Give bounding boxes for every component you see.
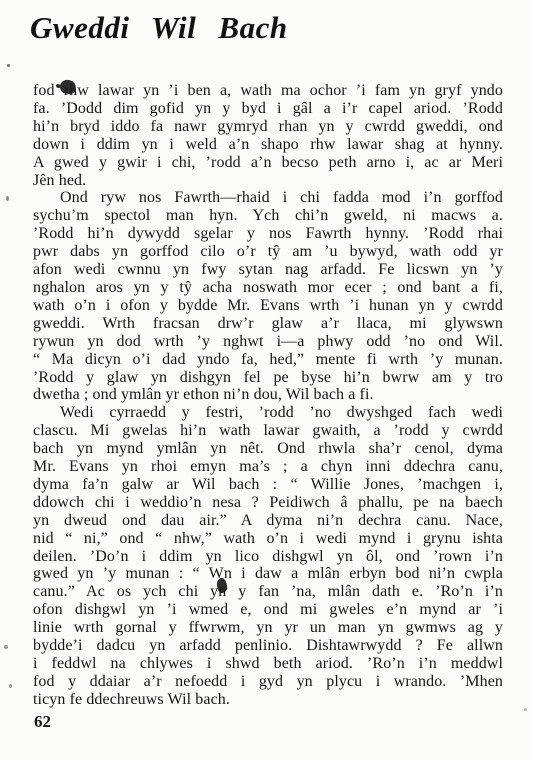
- text-line: “ Ma dicyn o’i dad yndo fa, hed,” mente …: [33, 351, 503, 369]
- text-line: bydde’i dadcu yn arfadd penlinio. Dishta…: [33, 637, 503, 655]
- body-text: fod rhw lawar yn ’i ben a, wath ma ochor…: [33, 82, 503, 709]
- text-line: bach yn mynd ymlân yn nêt. Ond rhwla sha…: [33, 440, 503, 458]
- text-line: Ond ryw nos Fawrth—rhaid i chi fadda mod…: [33, 189, 503, 207]
- text-line: ofon dishgwl yn ’i wmed e, ond mi gweles…: [33, 601, 503, 619]
- paragraph: fod rhw lawar yn ’i ben a, wath ma ochor…: [33, 82, 503, 189]
- text-line: pwr dabs yn gorffod cilo o’r tŷ am ’u by…: [33, 243, 503, 261]
- text-line: afon wedi cwnnu yn fwy sytan nag arfadd.…: [33, 261, 503, 279]
- paragraph: Ond ryw nos Fawrth—rhaid i chi fadda mod…: [33, 189, 503, 404]
- text-line: ddowch chi i weddio’n nesa ? Peidiwch â …: [33, 494, 503, 512]
- text-line: nid “ ni,” ond “ nhw,” wath o’n i wedi m…: [33, 530, 503, 548]
- text-line: fa. ’Dodd dim gofid yn y byd i gâl a i’r…: [33, 100, 503, 118]
- text-line: A gwed y gwir i chi, ’rodd a’n becso pet…: [33, 154, 503, 172]
- text-line: sychu’m spectol man hyn. Ych chi’n gweld…: [33, 207, 503, 225]
- text-line: ticyn fe ddechreuws Wil bach.: [33, 691, 503, 709]
- text-line: Mr. Evans yn rhoi emyn ma’s ; a chyn inn…: [33, 458, 503, 476]
- text-line: nghalon aros yn y tŷ acha noswath mor ec…: [33, 279, 503, 297]
- text-line: deilen. ’Do’n i ddim yn lico dishgwl yn …: [33, 548, 503, 566]
- scan-speck: [524, 708, 527, 711]
- text-line: dyma fa’n galw ar Wil bach : “ Willie Jo…: [33, 476, 503, 494]
- text-line: ’Rodd y glaw yn dishgyn fel pe byse hi’n…: [33, 369, 503, 387]
- text-line: hi’n bryd iddo fa nawr gymryd rhan yn y …: [33, 118, 503, 136]
- text-line: gwed yn ’y munan : “ Wn i daw a mlân erb…: [33, 565, 503, 583]
- text-line: i feddwl na chlywes i shwd beth ariod. ’…: [33, 655, 503, 673]
- scan-speck: [4, 645, 8, 649]
- scan-speck: [7, 64, 10, 67]
- text-line: clascu. Mi gwelas hi’n wath lawar gwaith…: [33, 422, 503, 440]
- text-line: wath o’n i ofon y bydde Mr. Evans wrth ’…: [33, 297, 503, 315]
- text-line: ’Rodd hi’n dywydd sgelar y nos Fawrth hy…: [33, 225, 503, 243]
- paragraph: Wedi cyrraedd y festri, ’rodd ’no dwyshg…: [33, 404, 503, 708]
- text-line: fod rhw lawar yn ’i ben a, wath ma ochor…: [33, 82, 503, 100]
- text-line: fod y ddaiar a’r nefoedd i gyd yn plycu …: [33, 673, 503, 691]
- text-line: rywun yn dod wrth ’y nghwt i—a phwy odd …: [33, 333, 503, 351]
- text-line: down i ddim yn i weld a’n shapo rhw lawa…: [33, 136, 503, 154]
- text-line: Wedi cyrraedd y festri, ’rodd ’no dwyshg…: [33, 404, 503, 422]
- page-number: 62: [34, 712, 51, 732]
- text-line: linie wrth gornal y ffwrwm, yn yr un man…: [33, 619, 503, 637]
- book-page: Gweddi Wil Bach fod rhw lawar yn ’i ben …: [0, 0, 533, 761]
- text-line: Jên hed.: [33, 172, 503, 190]
- scan-speck: [6, 196, 9, 201]
- scan-speck: [9, 684, 12, 688]
- text-line: dwetha ; ond ymlân yr ethon ni’n dou, Wi…: [33, 386, 503, 404]
- page-title: Gweddi Wil Bach: [30, 10, 288, 46]
- text-line: gweddi. Wrth fracsan drw’r glaw a’r llac…: [33, 315, 503, 333]
- text-line: canu.” Ac os ych chi yn y fan ’na, mlân …: [33, 583, 503, 601]
- text-line: yn dweud ond dau air.” A dyma ni’n dechr…: [33, 512, 503, 530]
